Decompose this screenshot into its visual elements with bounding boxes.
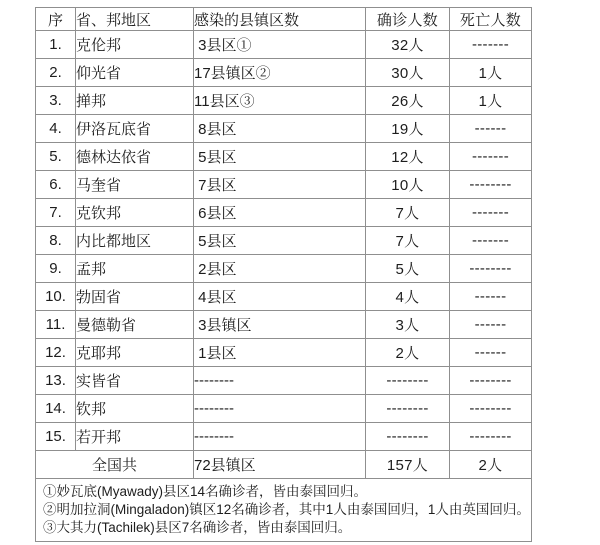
cell-index: 9. [36,255,76,283]
cell-index: 13. [36,367,76,395]
cell-confirmed-cases: -------- [366,367,450,395]
cell-confirmed-cases: 4人 [366,283,450,311]
cell-confirmed-cases: 5人 [366,255,450,283]
cell-deaths: ------ [450,311,532,339]
cell-index: 4. [36,115,76,143]
table-row: 9. 孟邦 2县区 5人 -------- [36,255,532,283]
table-row: 14. 钦邦 -------- -------- -------- [36,395,532,423]
cell-index: 12. [36,339,76,367]
cell-infected-townships: 1县区 [194,339,366,367]
cell-index: 7. [36,199,76,227]
cell-region: 孟邦 [76,255,194,283]
cell-infected-townships: 5县区 [194,143,366,171]
cell-confirmed-cases: -------- [366,395,450,423]
cell-confirmed-cases: 32人 [366,31,450,59]
table-row: 12. 克耶邦 1县区 2人 ------ [36,339,532,367]
cell-confirmed-cases: 19人 [366,115,450,143]
cell-deaths: ------- [450,143,532,171]
cell-region: 仰光省 [76,59,194,87]
cell-confirmed-cases: -------- [366,423,450,451]
cell-index: 15. [36,423,76,451]
table-row: 10. 勃固省 4县区 4人 ------ [36,283,532,311]
header-row: 序 省、邦地区 感染的县镇区数 确诊人数 死亡人数 [36,8,532,31]
infection-statistics-table: 序 省、邦地区 感染的县镇区数 确诊人数 死亡人数 1. 克伦邦 3县区① 32… [35,7,532,542]
cell-confirmed-cases: 7人 [366,227,450,255]
cell-infected-townships: -------- [194,395,366,423]
table-row: 5. 德林达依省 5县区 12人 ------- [36,143,532,171]
cell-confirmed-cases: 30人 [366,59,450,87]
column-header-deaths: 死亡人数 [450,8,532,31]
cell-region: 钦邦 [76,395,194,423]
cell-confirmed-cases: 12人 [366,143,450,171]
table-row: 15. 若开邦 -------- -------- -------- [36,423,532,451]
table-row: 11. 曼德勒省 3县镇区 3人 ------ [36,311,532,339]
cell-deaths: -------- [450,255,532,283]
cell-index: 2. [36,59,76,87]
total-row: 全国共 72县镇区 157人 2人 [36,451,532,479]
cell-region: 克钦邦 [76,199,194,227]
cell-index: 1. [36,31,76,59]
cell-index: 10. [36,283,76,311]
table-row: 1. 克伦邦 3县区① 32人 ------- [36,31,532,59]
column-header-region: 省、邦地区 [76,8,194,31]
cell-infected-townships: -------- [194,367,366,395]
table-summary: 全国共 72县镇区 157人 2人 ①妙瓦底(Myawady)县区14名确诊者，… [36,451,532,542]
column-header-infected-townships: 感染的县镇区数 [194,8,366,31]
cell-infected-townships: 3县区① [194,31,366,59]
cell-deaths: -------- [450,395,532,423]
cell-region: 克耶邦 [76,339,194,367]
cell-infected-townships: 8县区 [194,115,366,143]
footnotes-row: ①妙瓦底(Myawady)县区14名确诊者，皆由泰国回归。 ②明加拉洞(Ming… [36,479,532,542]
page: 序 省、邦地区 感染的县镇区数 确诊人数 死亡人数 1. 克伦邦 3县区① 32… [0,0,600,545]
cell-index: 6. [36,171,76,199]
cell-index: 8. [36,227,76,255]
footnotes-cell: ①妙瓦底(Myawady)县区14名确诊者，皆由泰国回归。 ②明加拉洞(Ming… [36,479,532,542]
cell-infected-townships: 2县区 [194,255,366,283]
cell-deaths: ------ [450,283,532,311]
cell-infected-townships: 3县镇区 [194,311,366,339]
cell-deaths: 1人 [450,59,532,87]
column-header-index: 序 [36,8,76,31]
cell-region: 马奎省 [76,171,194,199]
column-header-confirmed-cases: 确诊人数 [366,8,450,31]
cell-infected-townships: 4县区 [194,283,366,311]
cell-confirmed-cases: 2人 [366,339,450,367]
cell-region: 勃固省 [76,283,194,311]
cell-index: 11. [36,311,76,339]
cell-deaths: ------- [450,199,532,227]
cell-infected-townships: -------- [194,423,366,451]
cell-index: 5. [36,143,76,171]
cell-confirmed-cases: 10人 [366,171,450,199]
cell-region: 实皆省 [76,367,194,395]
cell-region: 若开邦 [76,423,194,451]
cell-infected-townships: 17县镇区② [194,59,366,87]
cell-infected-townships: 6县区 [194,199,366,227]
cell-index: 3. [36,87,76,115]
cell-deaths: 1人 [450,87,532,115]
cell-deaths: ------- [450,227,532,255]
cell-region: 伊洛瓦底省 [76,115,194,143]
table-row: 7. 克钦邦 6县区 7人 ------- [36,199,532,227]
total-deaths-cell: 2人 [450,451,532,479]
cell-region: 德林达依省 [76,143,194,171]
table-row: 3. 掸邦 11县区③ 26人 1人 [36,87,532,115]
cell-deaths: ------ [450,339,532,367]
total-label-cell: 全国共 [36,451,194,479]
cell-confirmed-cases: 26人 [366,87,450,115]
table-row: 8. 内比都地区 5县区 7人 ------- [36,227,532,255]
cell-infected-townships: 7县区 [194,171,366,199]
cell-deaths: -------- [450,171,532,199]
cell-infected-townships: 5县区 [194,227,366,255]
cell-confirmed-cases: 3人 [366,311,450,339]
cell-deaths: ------ [450,115,532,143]
cell-deaths: -------- [450,367,532,395]
footnote-2: ②明加拉洞(Mingaladon)镇区12名确诊者，其中1人由泰国回归，1人由英… [43,501,527,519]
table-row: 6. 马奎省 7县区 10人 -------- [36,171,532,199]
cell-region: 掸邦 [76,87,194,115]
cell-index: 14. [36,395,76,423]
table-body: 1. 克伦邦 3县区① 32人 ------- 2. 仰光省 17县镇区② 30… [36,31,532,451]
cell-region: 内比都地区 [76,227,194,255]
total-infected-cell: 72县镇区 [194,451,366,479]
cell-deaths: ------- [450,31,532,59]
cell-deaths: -------- [450,423,532,451]
footnote-3: ③大其力(Tachilek)县区7名确诊者，皆由泰国回归。 [43,519,527,537]
cell-region: 曼德勒省 [76,311,194,339]
table-row: 4. 伊洛瓦底省 8县区 19人 ------ [36,115,532,143]
cell-confirmed-cases: 7人 [366,199,450,227]
table-row: 13. 实皆省 -------- -------- -------- [36,367,532,395]
cell-region: 克伦邦 [76,31,194,59]
footnote-1: ①妙瓦底(Myawady)县区14名确诊者，皆由泰国回归。 [43,483,527,501]
cell-infected-townships: 11县区③ [194,87,366,115]
table-row: 2. 仰光省 17县镇区② 30人 1人 [36,59,532,87]
total-confirmed-cell: 157人 [366,451,450,479]
